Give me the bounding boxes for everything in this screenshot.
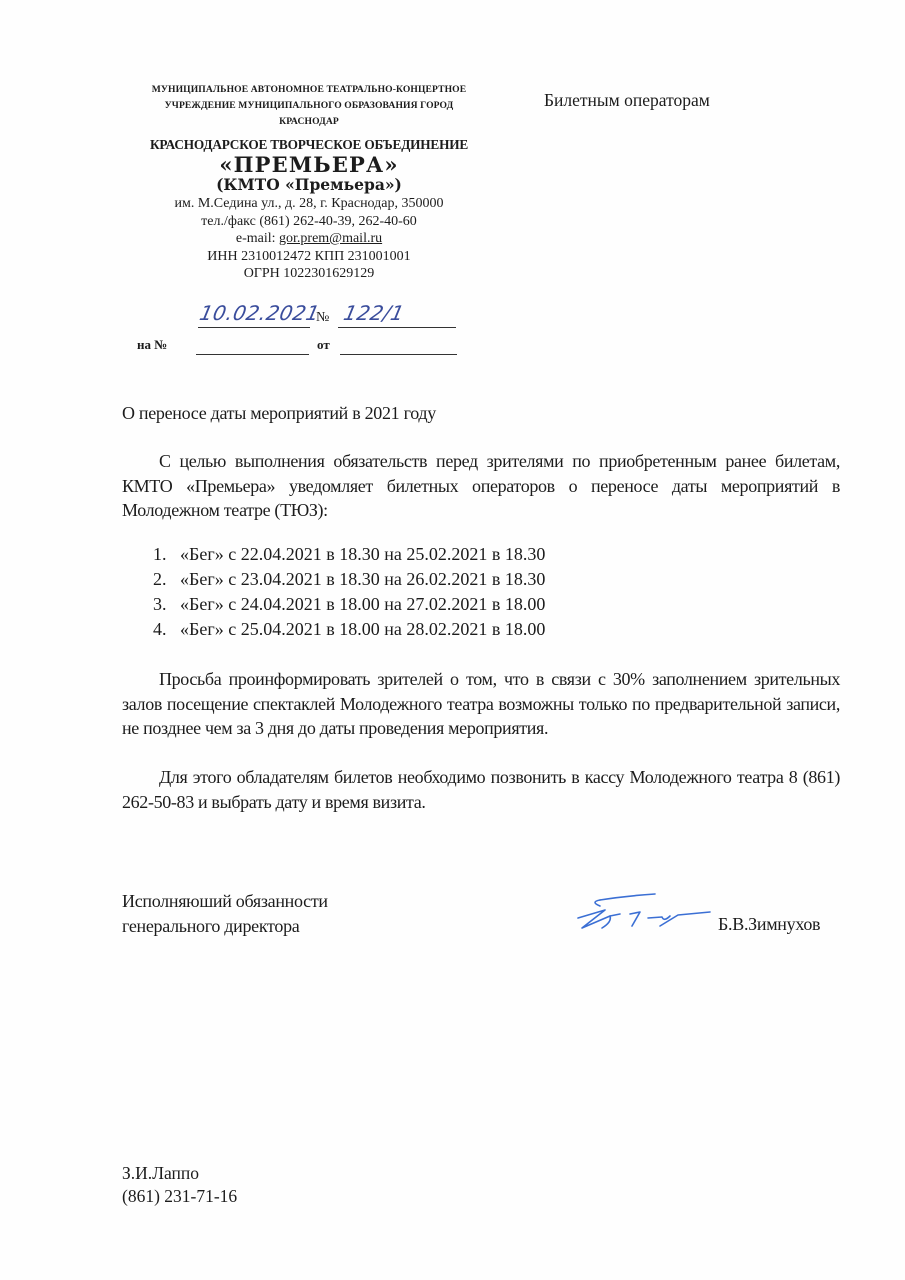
organization-address: им. М.Седина ул., д. 28, г. Краснодар, 3… xyxy=(120,195,498,213)
institution-line-3: КРАСНОДАР xyxy=(120,114,498,130)
signer-name: Б.В.Зимнухов xyxy=(718,914,820,935)
paragraph-instructions-text: Для этого обладателям билетов необходимо… xyxy=(122,767,840,812)
event-item: 2.«Бег» с 23.04.2021 в 18.30 на 26.02.20… xyxy=(153,567,545,592)
incoming-reference: на № от xyxy=(137,333,467,355)
event-number: 1. xyxy=(153,542,180,567)
organization-ogrn: ОГРН 1022301629129 xyxy=(120,265,498,283)
reference-number-label: на № xyxy=(137,337,167,353)
email-label: e-mail: xyxy=(236,231,279,246)
organization-email: e-mail: gor.prem@mail.ru xyxy=(120,230,498,248)
outgoing-date-field: 10.02.2021 xyxy=(198,299,310,328)
addressee: Билетным операторам xyxy=(544,90,710,111)
reference-from-label: от xyxy=(317,337,330,353)
organization-phone-fax: тел./факс (861) 262-40-39, 262-40-60 xyxy=(120,213,498,231)
letterhead: МУНИЦИПАЛЬНОЕ АВТОНОМНОЕ ТЕАТРАЛЬНО-КОНЦ… xyxy=(120,82,498,283)
event-text: «Бег» с 22.04.2021 в 18.30 на 25.02.2021… xyxy=(180,544,545,564)
signer-title-line-1: Исполняюший обязанности xyxy=(122,889,328,914)
executor-phone: (861) 231-71-16 xyxy=(122,1185,237,1208)
letter-subject: О переносе даты мероприятий в 2021 году xyxy=(122,403,436,424)
signer-title: Исполняюший обязанности генерального дир… xyxy=(122,889,328,938)
handwritten-number: 122/1 xyxy=(341,301,406,325)
paragraph-instructions: Для этого обладателям билетов необходимо… xyxy=(122,765,840,814)
outgoing-number-field: 122/1 xyxy=(338,299,456,328)
institution-line-2: УЧРЕЖДЕНИЕ МУНИЦИПАЛЬНОГО ОБРАЗОВАНИЯ ГО… xyxy=(120,98,498,114)
paragraph-intro-text: С целью выполнения обязательств перед зр… xyxy=(122,451,840,520)
email-link[interactable]: gor.prem@mail.ru xyxy=(279,231,382,246)
event-number: 4. xyxy=(153,617,180,642)
event-item: 3.«Бег» с 24.04.2021 в 18.00 на 27.02.20… xyxy=(153,592,545,617)
event-list: 1.«Бег» с 22.04.2021 в 18.30 на 25.02.20… xyxy=(153,542,545,642)
letter-page: МУНИЦИПАЛЬНОЕ АВТОНОМНОЕ ТЕАТРАЛЬНО-КОНЦ… xyxy=(0,0,905,1280)
reference-number-blank xyxy=(196,336,309,355)
handwritten-date: 10.02.2021 xyxy=(197,301,322,325)
event-number: 3. xyxy=(153,592,180,617)
event-text: «Бег» с 23.04.2021 в 18.30 на 26.02.2021… xyxy=(180,569,545,589)
number-label: № xyxy=(316,310,329,326)
paragraph-intro: С целью выполнения обязательств перед зр… xyxy=(122,449,840,523)
reference-date-blank xyxy=(340,336,457,355)
event-text: «Бег» с 24.04.2021 в 18.00 на 27.02.2021… xyxy=(180,594,545,614)
executor-info: З.И.Лаппо (861) 231-71-16 xyxy=(122,1162,237,1208)
paragraph-request-text: Просьба проинформировать зрителей о том,… xyxy=(122,669,840,738)
signer-title-line-2: генерального директора xyxy=(122,914,328,939)
signature-strokes xyxy=(578,894,710,928)
handwritten-signature-icon xyxy=(560,888,720,938)
organization-abbreviation: (КМТО «Премьера») xyxy=(120,175,498,195)
executor-name: З.И.Лаппо xyxy=(122,1162,237,1185)
paragraph-request: Просьба проинформировать зрителей о том,… xyxy=(122,667,840,741)
event-item: 1.«Бег» с 22.04.2021 в 18.30 на 25.02.20… xyxy=(153,542,545,567)
event-text: «Бег» с 25.04.2021 в 18.00 на 28.02.2021… xyxy=(180,619,545,639)
brand-name: «ПРЕМЬЕРА» xyxy=(120,154,498,175)
event-item: 4.«Бег» с 25.04.2021 в 18.00 на 28.02.20… xyxy=(153,617,545,642)
event-number: 2. xyxy=(153,567,180,592)
institution-line-1: МУНИЦИПАЛЬНОЕ АВТОНОМНОЕ ТЕАТРАЛЬНО-КОНЦ… xyxy=(120,82,498,98)
organization-inn-kpp: ИНН 2310012472 КПП 231001001 xyxy=(120,248,498,266)
outgoing-registration: 10.02.2021 № 122/1 xyxy=(190,298,460,328)
